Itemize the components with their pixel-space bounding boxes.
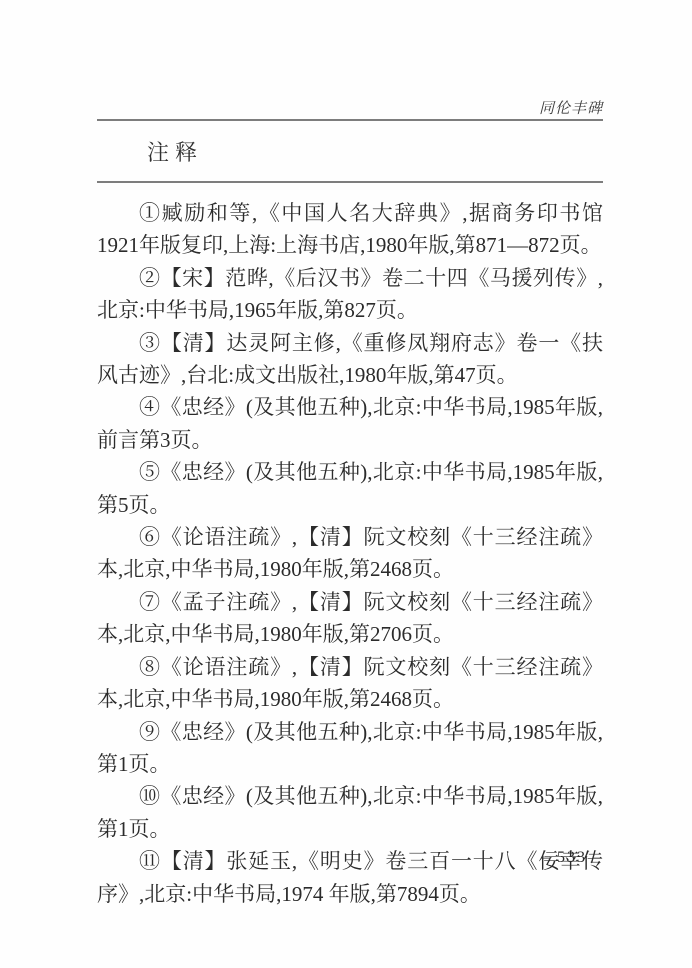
footnote-text: 【清】张延玉,《明史》卷三百一十八《佞幸传序》,北京:中华书局,1974 年版,… [97, 849, 603, 905]
footnote: ②【宋】范晔,《后汉书》卷二十四《马援列传》,北京:中华书局,1965年版,第8… [97, 262, 603, 327]
footnote-marker: ⑩ [139, 784, 160, 808]
footnote-text: 《忠经》(及其他五种),北京:中华书局,1985年版,第1页。 [97, 720, 603, 776]
section-title: 注释 [147, 136, 203, 167]
footnote-marker: ⑤ [139, 460, 160, 484]
footnote-marker: ⑨ [139, 720, 160, 744]
footnote: ④《忠经》(及其他五种),北京:中华书局,1985年版,前言第3页。 [97, 391, 603, 456]
footnote: ⑦《孟子注疏》,【清】阮文校刻《十三经注疏》本,北京,中华书局,1980年版,第… [97, 586, 603, 651]
footnote-text: 《忠经》(及其他五种),北京:中华书局,1985年版,第1页。 [97, 784, 603, 840]
footnote-text: 《孟子注疏》,【清】阮文校刻《十三经注疏》本,北京,中华书局,1980年版,第2… [97, 590, 603, 646]
footnote: ⑪【清】张延玉,《明史》卷三百一十八《佞幸传序》,北京:中华书局,1974 年版… [97, 845, 603, 910]
footnote-text: 【宋】范晔,《后汉书》卷二十四《马援列传》,北京:中华书局,1965年版,第82… [97, 266, 603, 322]
footnote: ⑥《论语注疏》,【清】阮文校刻《十三经注疏》本,北京,中华书局,1980年版,第… [97, 521, 603, 586]
footnote-marker: ② [139, 266, 161, 290]
footnote-marker: ⑦ [139, 590, 161, 614]
footnote-marker: ③ [139, 331, 161, 355]
title-rule [97, 181, 603, 183]
book-page: 同伦丰碑 注释 ①臧励和等,《中国人名大辞典》,据商务印书馆1921年版复印,上… [0, 0, 692, 968]
footnote: ⑤《忠经》(及其他五种),北京:中华书局,1985年版,第5页。 [97, 456, 603, 521]
footnotes-list: ①臧励和等,《中国人名大辞典》,据商务印书馆1921年版复印,上海:上海书店,1… [97, 197, 603, 910]
page-number: – 533 – [541, 849, 603, 867]
header-rule [97, 119, 603, 121]
footnote-marker: ⑥ [139, 525, 161, 549]
footnote-marker: ⑧ [139, 655, 161, 679]
footnote: ③【清】达灵阿主修,《重修凤翔府志》卷一《扶风古迹》,台北:成文出版社,1980… [97, 327, 603, 392]
running-header: 同伦丰碑 [539, 97, 603, 118]
footnote: ⑨《忠经》(及其他五种),北京:中华书局,1985年版,第1页。 [97, 716, 603, 781]
footnote-text: 《论语注疏》,【清】阮文校刻《十三经注疏》本,北京,中华书局,1980年版,第2… [97, 655, 603, 711]
footnote-marker: ⑪ [139, 849, 161, 873]
footnote-marker: ④ [139, 395, 160, 419]
footnote: ⑧《论语注疏》,【清】阮文校刻《十三经注疏》本,北京,中华书局,1980年版,第… [97, 651, 603, 716]
footnote-text: 《论语注疏》,【清】阮文校刻《十三经注疏》本,北京,中华书局,1980年版,第2… [97, 525, 603, 581]
footnote-marker: ① [139, 201, 162, 225]
footnote-text: 《忠经》(及其他五种),北京:中华书局,1985年版,第5页。 [97, 460, 603, 516]
footnote-text: 《忠经》(及其他五种),北京:中华书局,1985年版,前言第3页。 [97, 395, 603, 451]
footnote-text: 臧励和等,《中国人名大辞典》,据商务印书馆1921年版复印,上海:上海书店,19… [97, 201, 603, 257]
footnote: ①臧励和等,《中国人名大辞典》,据商务印书馆1921年版复印,上海:上海书店,1… [97, 197, 603, 262]
footnote-text: 【清】达灵阿主修,《重修凤翔府志》卷一《扶风古迹》,台北:成文出版社,1980年… [97, 331, 603, 387]
footnote: ⑩《忠经》(及其他五种),北京:中华书局,1985年版,第1页。 [97, 780, 603, 845]
